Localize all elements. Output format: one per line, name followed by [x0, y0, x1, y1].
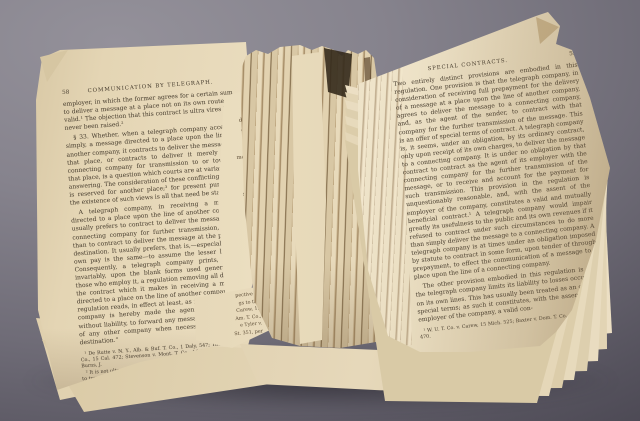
photo-open-damaged-book: 58 COMMUNICATION BY TELEGRAPH. employer,…: [0, 0, 640, 421]
torn-fragment-text: pective of gs to the Carew, 15 Am. T. Co…: [197, 291, 263, 343]
left-paragraph: § 33. Whether, when a telegraph company …: [65, 123, 240, 208]
